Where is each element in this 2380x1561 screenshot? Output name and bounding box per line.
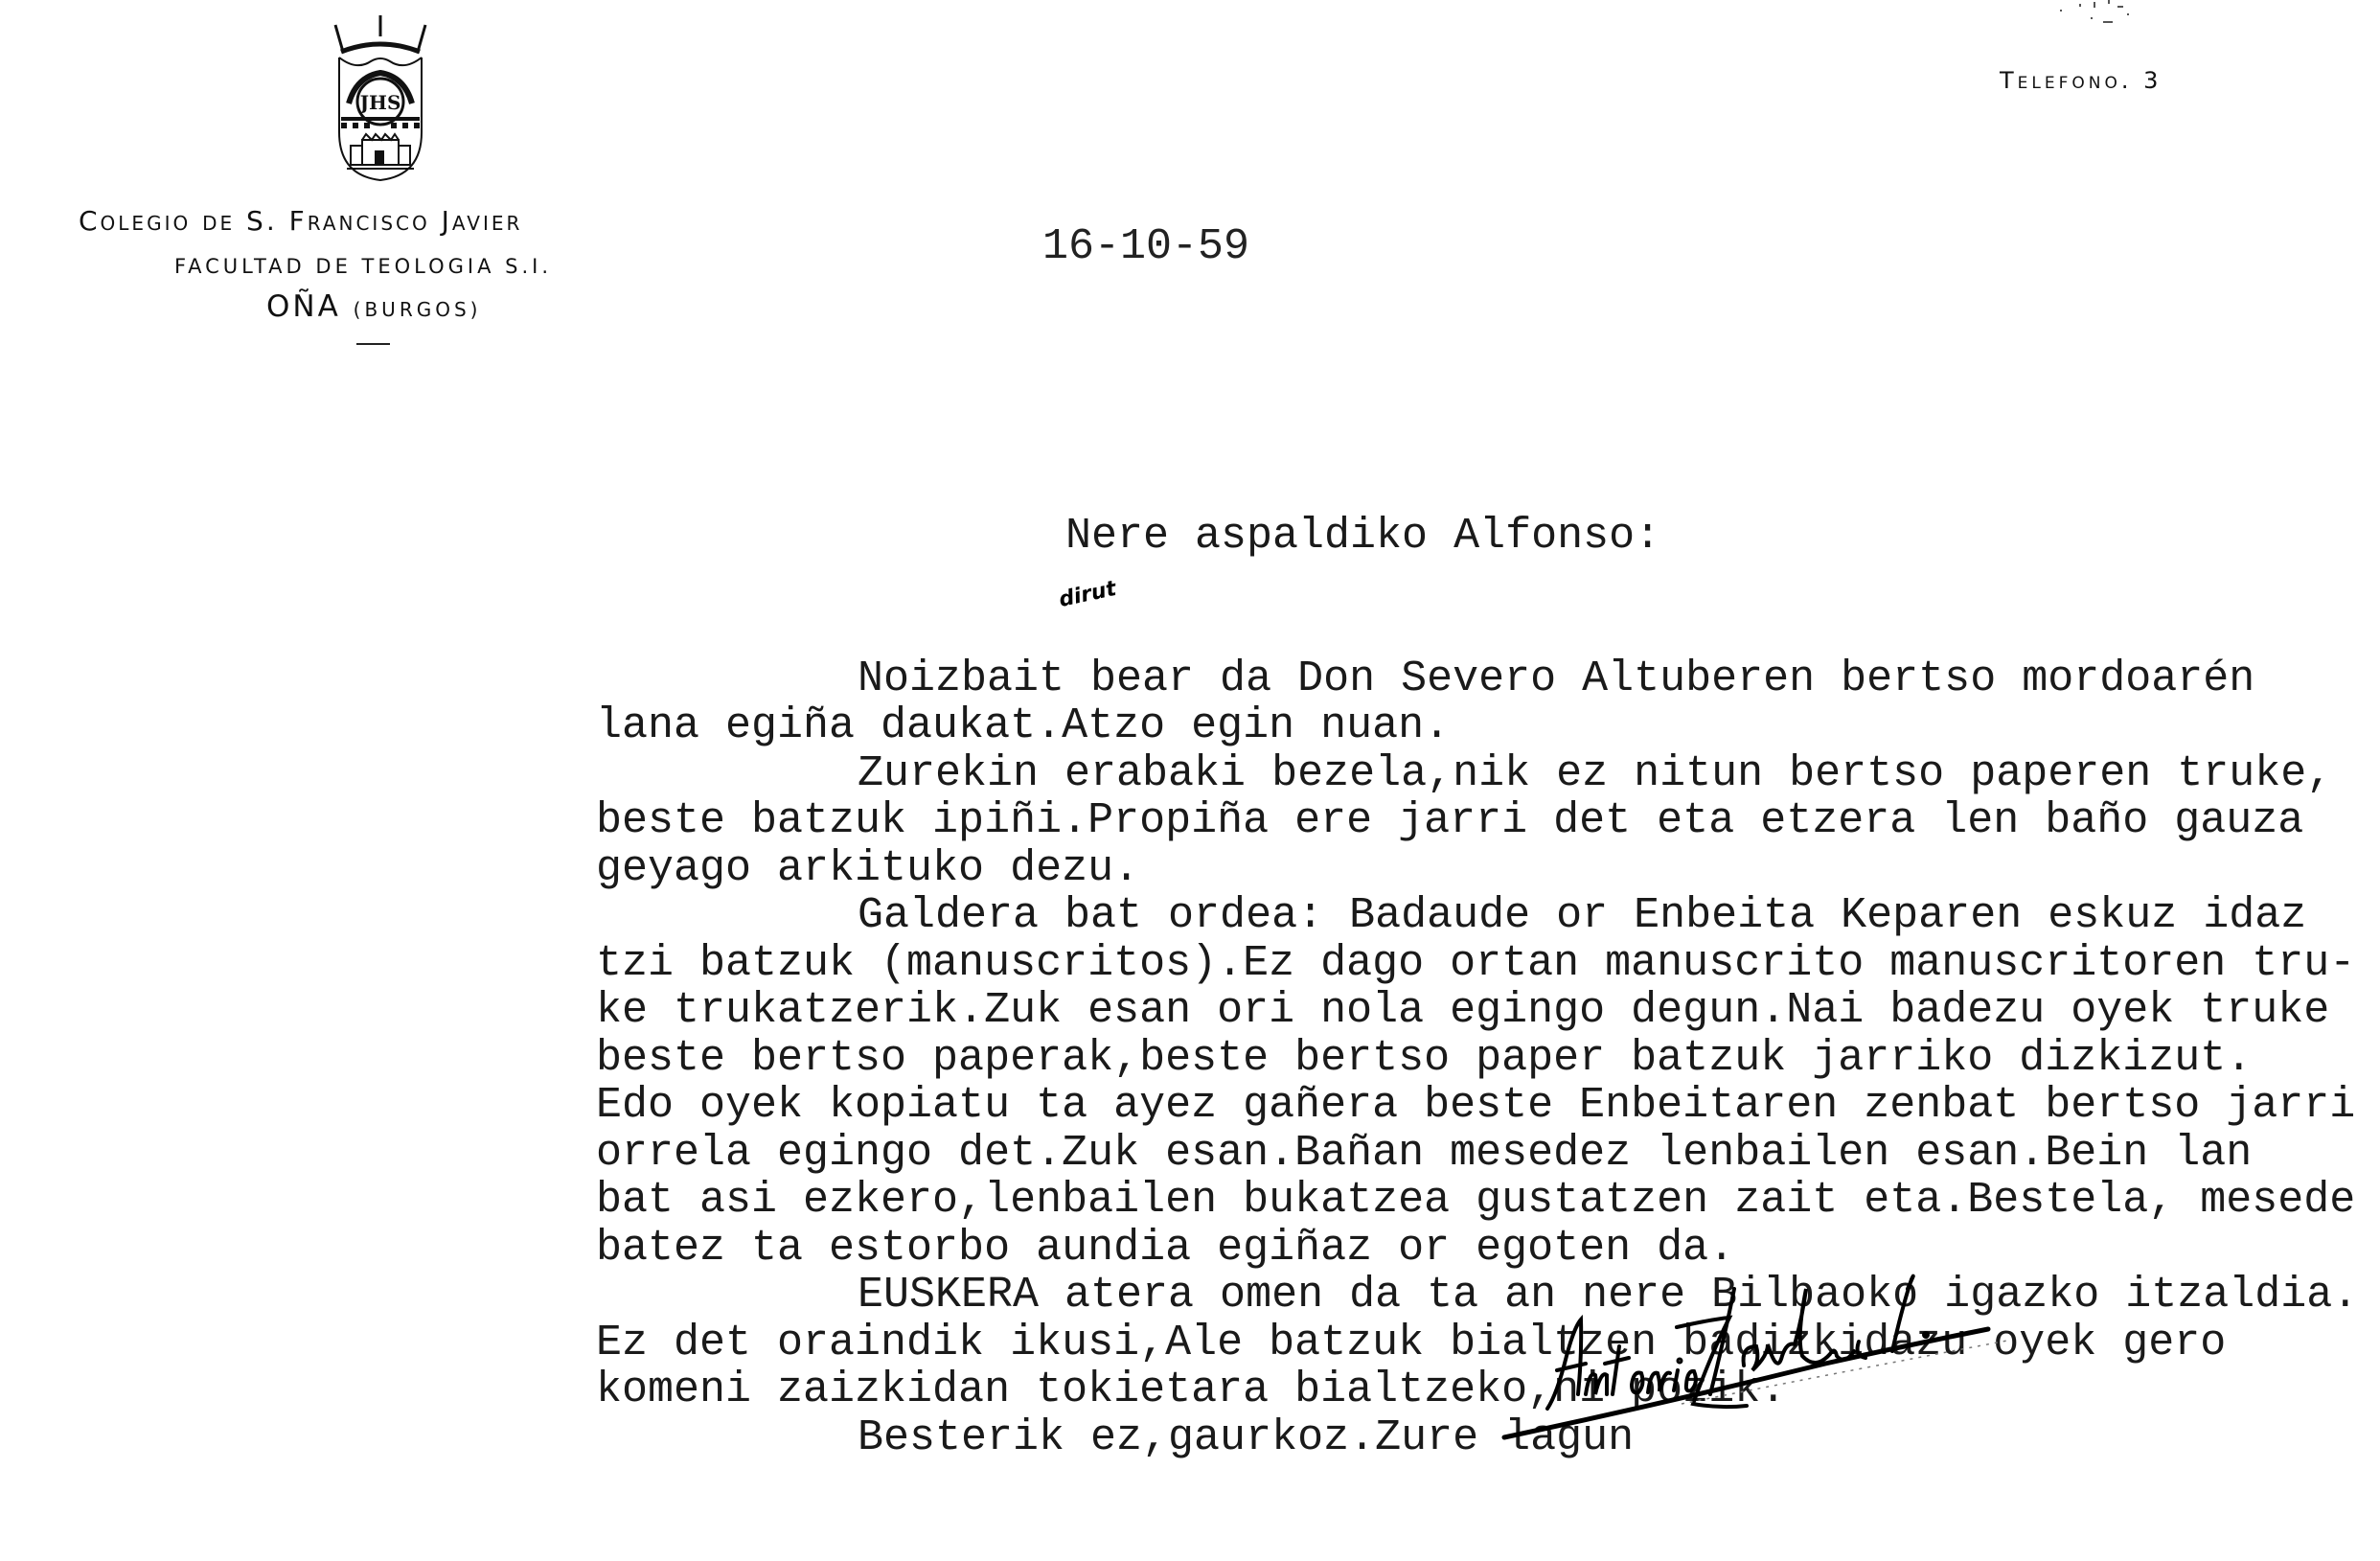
letter-line: geyago arkituko dezu. [596,845,2358,893]
letter-body: Nere aspaldiko Alfonso: Noizbait bear da… [596,418,2358,1509]
letter-line: lana egiña daukat.Atzo egin nuan. [596,702,2358,750]
letter-line: Besterik ez,gaurkoz.Zure lagun [596,1414,2358,1462]
letter-line: komeni zaizkidan tokietara bialtzeko,ni … [596,1366,2358,1414]
letter-line: EUSKERA atera omen da ta an nere Bilbaok… [596,1272,2358,1320]
letter-line: Noizbait bear da Don Severo Altuberen be… [596,655,2358,703]
faculty-name: FACULTAD DE TEOLOGIA S.I. [174,255,552,278]
letter-line: Galdera bat ordea: Badaude or Enbeita Ke… [596,892,2358,940]
letter-line: Ez det oraindik ikusi,Ale batzuk bialtze… [596,1320,2358,1367]
letter-line: Edo oyek kopiatu ta ayez gañera beste En… [596,1082,2358,1130]
telephone-number: Telefono. 3 [2000,67,2162,94]
letter-line: beste batzuk ipiñi.Propiña ere jarri det… [596,797,2358,845]
faint-stamp-mark [2050,0,2165,29]
letter-line: Zurekin erabaki bezela,nik ez nitun bert… [596,750,2358,798]
town-line: OÑA (BURGOS) [266,289,481,324]
letter-line: tzi batzuk (manuscritos).Ez dago ortan m… [596,940,2358,988]
letter-line: bat asi ezkero,lenbailen bukatzea gustat… [596,1177,2358,1225]
letter-date: 16-10-59 [1042,222,1249,271]
salutation: Nere aspaldiko Alfonso: [596,513,2358,561]
letter-line: batez ta estorbo aundia egiñaz or egoten… [596,1225,2358,1273]
town-name: OÑA [266,289,341,324]
institution-name: Colegio de S. Francisco Javier [79,205,522,237]
letter-lines: Noizbait bear da Don Severo Altuberen be… [596,655,2358,1462]
handwritten-signature: Antonio Zavala S.J. [1490,1251,2036,1452]
svg-text:JHS: JHS [358,91,401,114]
letterhead-divider [356,343,390,345]
letter-line: orrela egingo det.Zuk esan.Bañan mesedez… [596,1130,2358,1178]
letter-line: beste bertso paperak,beste bertso paper … [596,1035,2358,1083]
jesuit-crest-icon: JHS [318,8,443,185]
letter-line: ke trukatzerik.Zuk esan ori nola egingo … [596,987,2358,1035]
province-name: (BURGOS) [354,298,482,321]
